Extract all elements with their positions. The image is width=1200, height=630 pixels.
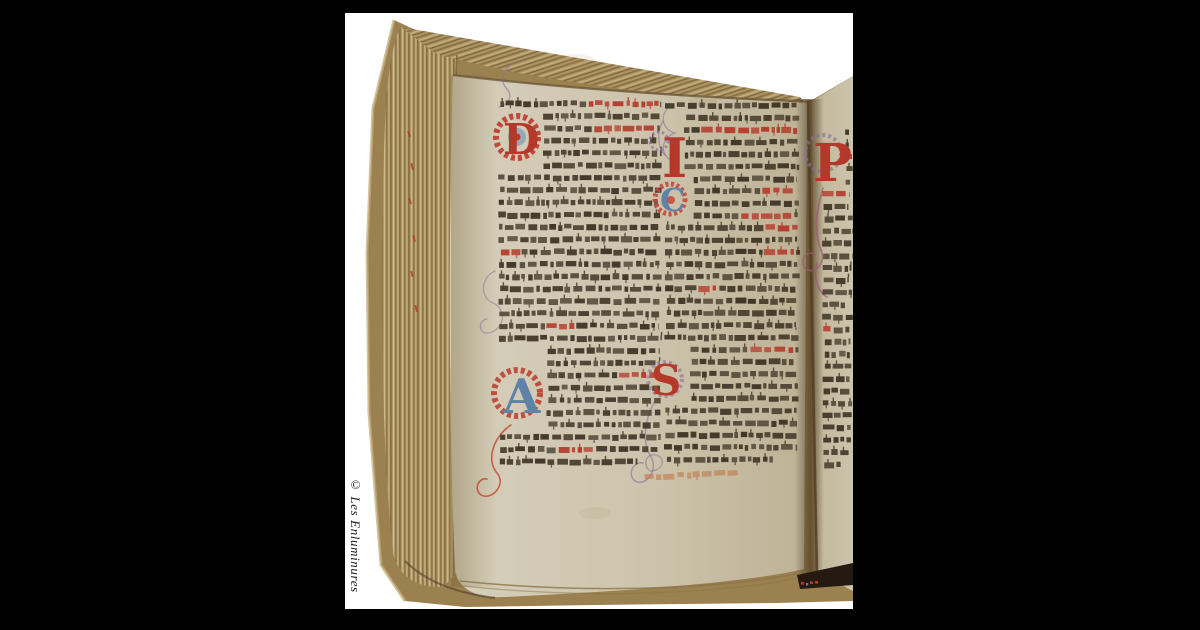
initial-s: S (648, 356, 682, 405)
initial-d: D (496, 115, 539, 164)
initial-p-letter: P (813, 133, 852, 194)
initial-s-letter: S (651, 356, 681, 405)
manuscript-photo: D I C A S P (345, 13, 853, 609)
copyright-caption: © Les Enluminures (346, 477, 364, 607)
book-illustration: D I C A S P (345, 13, 853, 609)
initial-d-letter: D (503, 115, 539, 164)
initial-a-letter: A (502, 369, 541, 425)
initial-p: P (805, 133, 852, 194)
initial-c: C (655, 181, 685, 219)
page-stack-left (382, 27, 457, 587)
canvas: { "caption": { "text": "© Les Enluminure… (0, 0, 1200, 630)
left-page-curve-shadow (451, 75, 497, 587)
